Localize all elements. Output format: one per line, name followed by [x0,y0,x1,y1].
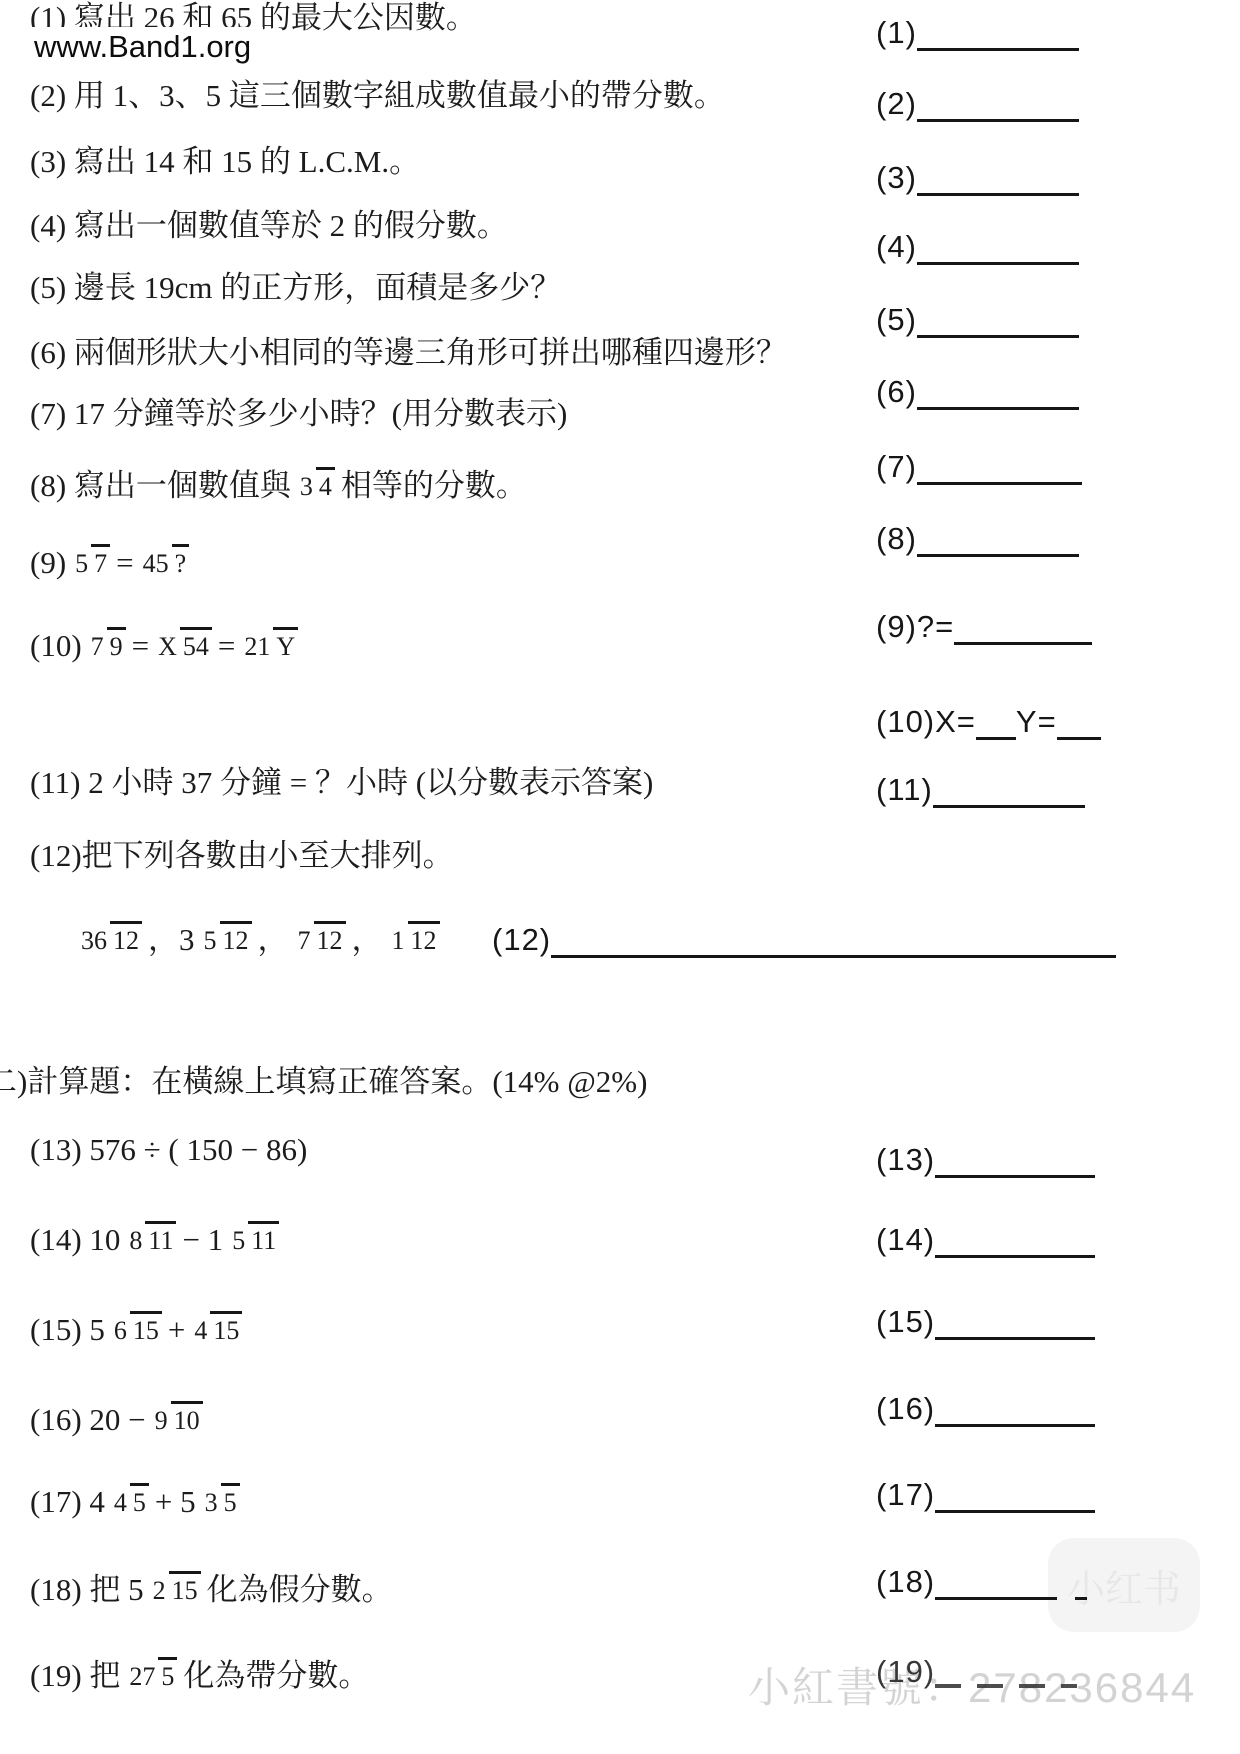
answer-line [917,468,1082,485]
fraction: 79 [88,627,126,665]
answer-line [935,1410,1095,1427]
text-segment: (7) 17 分鐘等於多少小時？(用分數表示) [30,394,567,434]
fraction-denominator: 12 [314,921,346,955]
fraction-denominator: 5 [158,1657,177,1691]
question-16: (16) 20 − 910 [30,1380,209,1460]
answer-blank-12: (12) [492,914,1116,958]
fraction-denominator: 54 [180,627,212,661]
question-8: (8) 寫出一個數值與34相等的分數。 [30,450,527,522]
answer-line [935,1241,1095,1258]
site-watermark: www.Band1.org [26,27,263,70]
text-segment: = [218,626,235,666]
fraction-denominator: 11 [145,1221,176,1255]
fraction: 34 [297,467,335,505]
answer-blank-6: (6) [876,366,1079,410]
answer-line [935,1323,1095,1340]
answer-line [917,179,1079,196]
answer-line-fragment [1075,1583,1087,1600]
answer-label: (3) [876,160,917,196]
fraction: 512 [201,921,252,959]
fraction-numerator: 21 [241,634,273,665]
fraction-denominator: 7 [91,544,110,578]
text-segment: (9) [30,543,66,583]
fraction: 811 [126,1221,176,1259]
answer-line [917,540,1079,557]
fraction-denominator: 5 [130,1483,149,1517]
question-9: (9) 57 = 45? [30,526,195,600]
answer-blank-14: (14) [876,1214,1095,1258]
answer-blank-5: (5) [876,294,1079,338]
answer-line [551,941,1116,958]
text-segment: (8) 寫出一個數值與 [30,466,291,506]
answer-label: (19) [876,1654,935,1690]
fraction-numerator: 4 [111,1490,130,1521]
fraction: 910 [152,1401,203,1439]
fraction-denominator: 11 [248,1221,279,1255]
answer-label: (14) [876,1222,935,1258]
answer-label: (8) [876,521,917,557]
fraction-numerator: 6 [111,1318,130,1349]
answer-label: (10)X= [876,704,976,740]
fraction-numerator: 5 [201,928,220,959]
fraction-denominator: 12 [110,921,142,955]
answer-line [917,34,1079,51]
question-15: (15) 5615 + 415 [30,1290,248,1370]
fraction-numerator: 9 [152,1408,171,1439]
fraction-numerator: 5 [229,1228,248,1259]
fraction-denominator: 5 [221,1483,240,1517]
fraction-numerator: 45 [140,551,172,582]
fraction-numerator: X [155,634,180,665]
text-segment: ， [352,920,383,960]
question-7: (7) 17 分鐘等於多少小時？(用分數表示) [30,394,567,434]
answer-blank-17: (17) [876,1469,1095,1513]
answer-blank-8: (8) [876,513,1079,557]
answer-label: (18) [876,1564,935,1600]
section-2-heading: 二)計算題：在橫線上填寫正確答案。(14% @2%) [0,1062,647,1102]
text-segment: (5) 邊長 19cm 的正方形，面積是多少？ [30,268,561,308]
answer-label: Y= [1016,704,1057,740]
text-segment: − 1 [182,1220,223,1260]
fraction: 215 [150,1571,201,1609]
answer-blank-7: (7) [876,441,1082,485]
text-segment: (18) 把 5 [30,1570,144,1610]
answer-line [917,105,1079,122]
answer-line [917,393,1079,410]
fraction: 3612 [78,921,142,959]
answer-blank-2: (2) [876,78,1079,122]
fraction-denominator: 4 [316,467,335,501]
answer-label: (16) [876,1391,935,1427]
answer-line-broken [935,1684,1077,1688]
answer-label: (12) [492,922,551,958]
text-segment: (13) 576 ÷ ( 150 − 86) [30,1130,307,1170]
question-12-number-list: 3612，3512，712，112 [72,898,446,982]
question-5: (5) 邊長 19cm 的正方形，面積是多少？ [30,268,561,308]
fraction: 112 [389,921,440,959]
question-11: (11) 2 小時 37 分鐘 = ？小時 (以分數表示答案) [30,763,653,803]
fraction-denominator: 12 [408,921,440,955]
text-segment: (11) 2 小時 37 分鐘 = ？小時 (以分數表示答案) [30,763,653,803]
text-segment: ， [258,920,289,960]
question-3: (3) 寫出 14 和 15 的 L.C.M.。 [30,142,420,182]
answer-label: (15) [876,1304,935,1340]
answer-label: (1) [876,15,917,51]
fraction-numerator: 36 [78,928,110,959]
answer-line [935,1583,1057,1600]
answer-blank-13: (13) [876,1134,1095,1178]
text-segment: (12)把下列各數由小至大排列。 [30,836,454,876]
answer-label: (6) [876,374,917,410]
question-13: (13) 576 ÷ ( 150 − 86) [30,1130,307,1170]
answer-label: (11) [876,772,933,808]
answer-blank-3: (3) [876,152,1079,196]
question-2: (2) 用 1、3、5 這三個數字組成數值最小的帶分數。 [30,76,725,116]
fraction-denominator: ? [172,544,190,578]
fraction-numerator: 7 [88,634,107,665]
fraction: 712 [295,921,346,959]
text-segment: (4) 寫出一個數值等於 2 的假分數。 [30,206,508,246]
question-14: (14) 10811 − 1511 [30,1200,285,1280]
text-segment: (14) 10 [30,1220,120,1260]
fraction: 615 [111,1311,162,1349]
text-segment: + [168,1310,185,1350]
text-segment: = [132,626,149,666]
answer-blank-10: (10)X=Y= [876,696,1101,740]
fraction: 511 [229,1221,279,1259]
answer-line [935,1161,1095,1178]
answer-line [917,248,1079,265]
fraction-denominator: 15 [169,1571,201,1605]
text-segment: (3) 寫出 14 和 15 的 L.C.M.。 [30,142,420,182]
question-19: (19) 把 275 化為帶分數。 [30,1636,369,1716]
fraction-denominator: 15 [210,1311,242,1345]
text-segment: 3 [179,920,195,960]
answer-blank-16: (16) [876,1383,1095,1427]
fraction: 35 [202,1483,240,1521]
question-12: (12)把下列各數由小至大排列。 [30,836,454,876]
text-segment: 化為帶分數。 [183,1656,369,1696]
fraction-numerator: 3 [202,1490,221,1521]
answer-line [935,1496,1095,1513]
fraction-numerator: 3 [297,474,316,505]
worksheet-page: { "watermarks": { "site": "www.Band1.org… [0,0,1240,1754]
fraction: 45 [111,1483,149,1521]
text-segment: 化為假分數。 [207,1570,393,1610]
question-10: (10)79= X54 = 21Y [30,602,304,690]
text-segment: (6) 兩個形狀大小相同的等邊三角形可拼出哪種四邊形？ [30,333,787,373]
text-segment: (16) 20 − [30,1400,146,1440]
fraction-denominator: Y [273,627,298,661]
answer-blank-4: (4) [876,221,1079,265]
answer-line-y [1057,723,1101,740]
fraction-numerator: 5 [72,551,91,582]
answer-line [917,321,1079,338]
text-segment: + 5 [155,1482,196,1522]
fraction: X54 [155,627,212,665]
answer-label: (5) [876,302,917,338]
fraction-denominator: 15 [130,1311,162,1345]
fraction: 275 [126,1657,177,1695]
text-segment: (15) 5 [30,1310,105,1350]
question-4: (4) 寫出一個數值等於 2 的假分數。 [30,206,508,246]
text-segment: (19) 把 [30,1656,120,1696]
text-segment: = [116,543,133,583]
answer-line-x [976,723,1016,740]
fraction: 21Y [241,627,298,665]
fraction-denominator: 10 [171,1401,203,1435]
answer-blank-1: (1) [876,7,1079,51]
answer-label: (17) [876,1477,935,1513]
text-segment: (2) 用 1、3、5 這三個數字組成數值最小的帶分數。 [30,76,725,116]
fraction-numerator: 8 [126,1228,145,1259]
fraction: 57 [72,544,110,582]
answer-blank-9: (9)?= [876,601,1092,645]
answer-blank-15: (15) [876,1296,1095,1340]
fraction: 415 [191,1311,242,1349]
answer-label: (13) [876,1142,935,1178]
answer-label: (2) [876,86,917,122]
fraction-numerator: 2 [150,1578,169,1609]
answer-blank-19: (19) [876,1646,1077,1690]
fraction-numerator: 7 [295,928,314,959]
fraction-numerator: 27 [126,1664,158,1695]
fraction-denominator: 12 [220,921,252,955]
text-segment: 相等的分數。 [341,466,527,506]
fraction-numerator: 4 [191,1318,210,1349]
answer-label: (4) [876,229,917,265]
answer-line [933,791,1085,808]
fraction-numerator: 1 [389,928,408,959]
fraction-denominator: 9 [107,627,126,661]
question-6: (6) 兩個形狀大小相同的等邊三角形可拼出哪種四邊形？ [30,333,787,373]
answer-blank-18: (18) [876,1556,1087,1600]
text-segment: ， [148,920,179,960]
text-segment: (10) [30,626,82,666]
answer-blank-11: (11) [876,764,1085,808]
fraction: 45? [140,544,190,582]
answer-line [954,628,1092,645]
question-18: (18) 把 5215 化為假分數。 [30,1550,393,1630]
question-17: (17) 445 + 535 [30,1462,246,1542]
answer-label: (7) [876,449,917,485]
answer-label: (9)?= [876,609,954,645]
text-segment: (17) 4 [30,1482,105,1522]
